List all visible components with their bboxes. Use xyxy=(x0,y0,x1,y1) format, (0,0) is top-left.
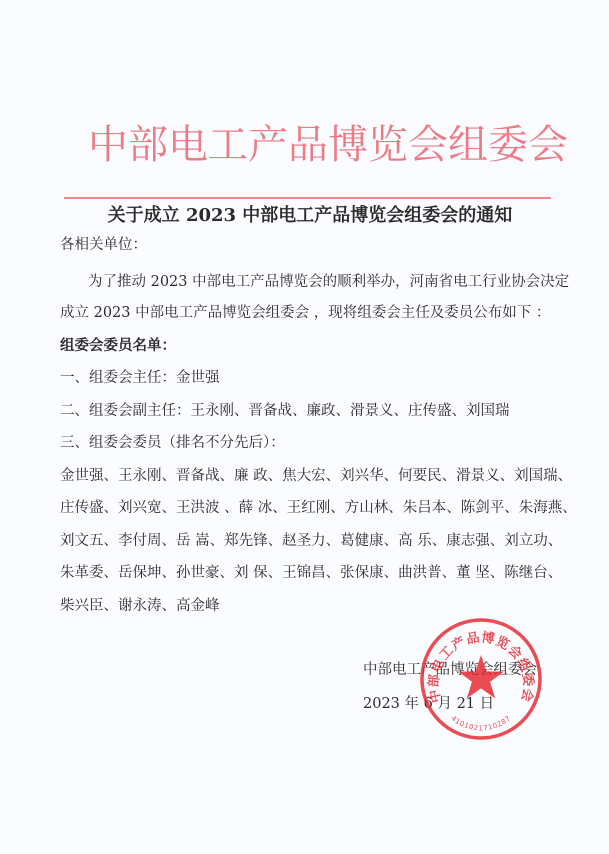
director-line: 一、组委会主任：金世强 xyxy=(60,367,570,389)
letterhead-divider xyxy=(64,197,551,199)
salutation: 各相关单位： xyxy=(60,234,570,256)
seal-star-icon xyxy=(458,655,504,699)
notice-title: 关于成立 2023 中部电工产品博览会组委会的通知 xyxy=(60,203,560,229)
seal-icon: 中部电工产品博览会组委会 4101021710287 xyxy=(419,617,543,741)
seal-code: 4101021710287 xyxy=(449,714,512,732)
vice-directors-line: 二、组委会副主任：王永刚、晋备战、廉政、滑景义、庄传盛、刘国瑞 xyxy=(60,400,570,422)
svg-text:4101021710287: 4101021710287 xyxy=(449,714,512,732)
member-list-heading: 组委会委员名单： xyxy=(60,335,570,357)
paragraph-line-2: 成立 2023 中部电工产品博览会组委会 ，现将组委会主任及委员公布如下 ： xyxy=(60,302,570,324)
letterhead-title: 中部电工产品博览会组委会 xyxy=(88,120,538,170)
paragraph-line-1: 为了推动 2023 中部电工产品博览会的顺利举办，河南省电工行业协会决定 xyxy=(88,271,598,293)
members-line-1: 金世强、王永刚、晋备战、廉 政、焦大宏、刘兴华、何要民、滑景义、刘国瑞、 xyxy=(60,465,570,487)
members-heading: 三、组委会委员（排名不分先后）： xyxy=(60,432,570,454)
members-line-3: 刘文五、李付周、岳 嵩、郑先锋、赵圣力、葛健康、高 乐、康志强、刘立功、 xyxy=(60,530,570,552)
members-line-5: 柴兴臣、谢永涛、高金峰 xyxy=(60,595,570,617)
official-seal: 中部电工产品博览会组委会 4101021710287 xyxy=(419,617,543,741)
members-line-4: 朱革委、岳保坤、孙世豪、刘 保、王锦昌、张保康、曲洪普、董 坚、陈继台、 xyxy=(60,562,570,584)
members-line-2: 庄传盛、刘兴宽、王洪波 、薛 冰、王红刚、方山林、朱吕本、陈剑平、朱海燕、 xyxy=(60,497,570,519)
document-page: 中部电工产品博览会组委会 关于成立 2023 中部电工产品博览会组委会的通知 各… xyxy=(0,0,609,854)
